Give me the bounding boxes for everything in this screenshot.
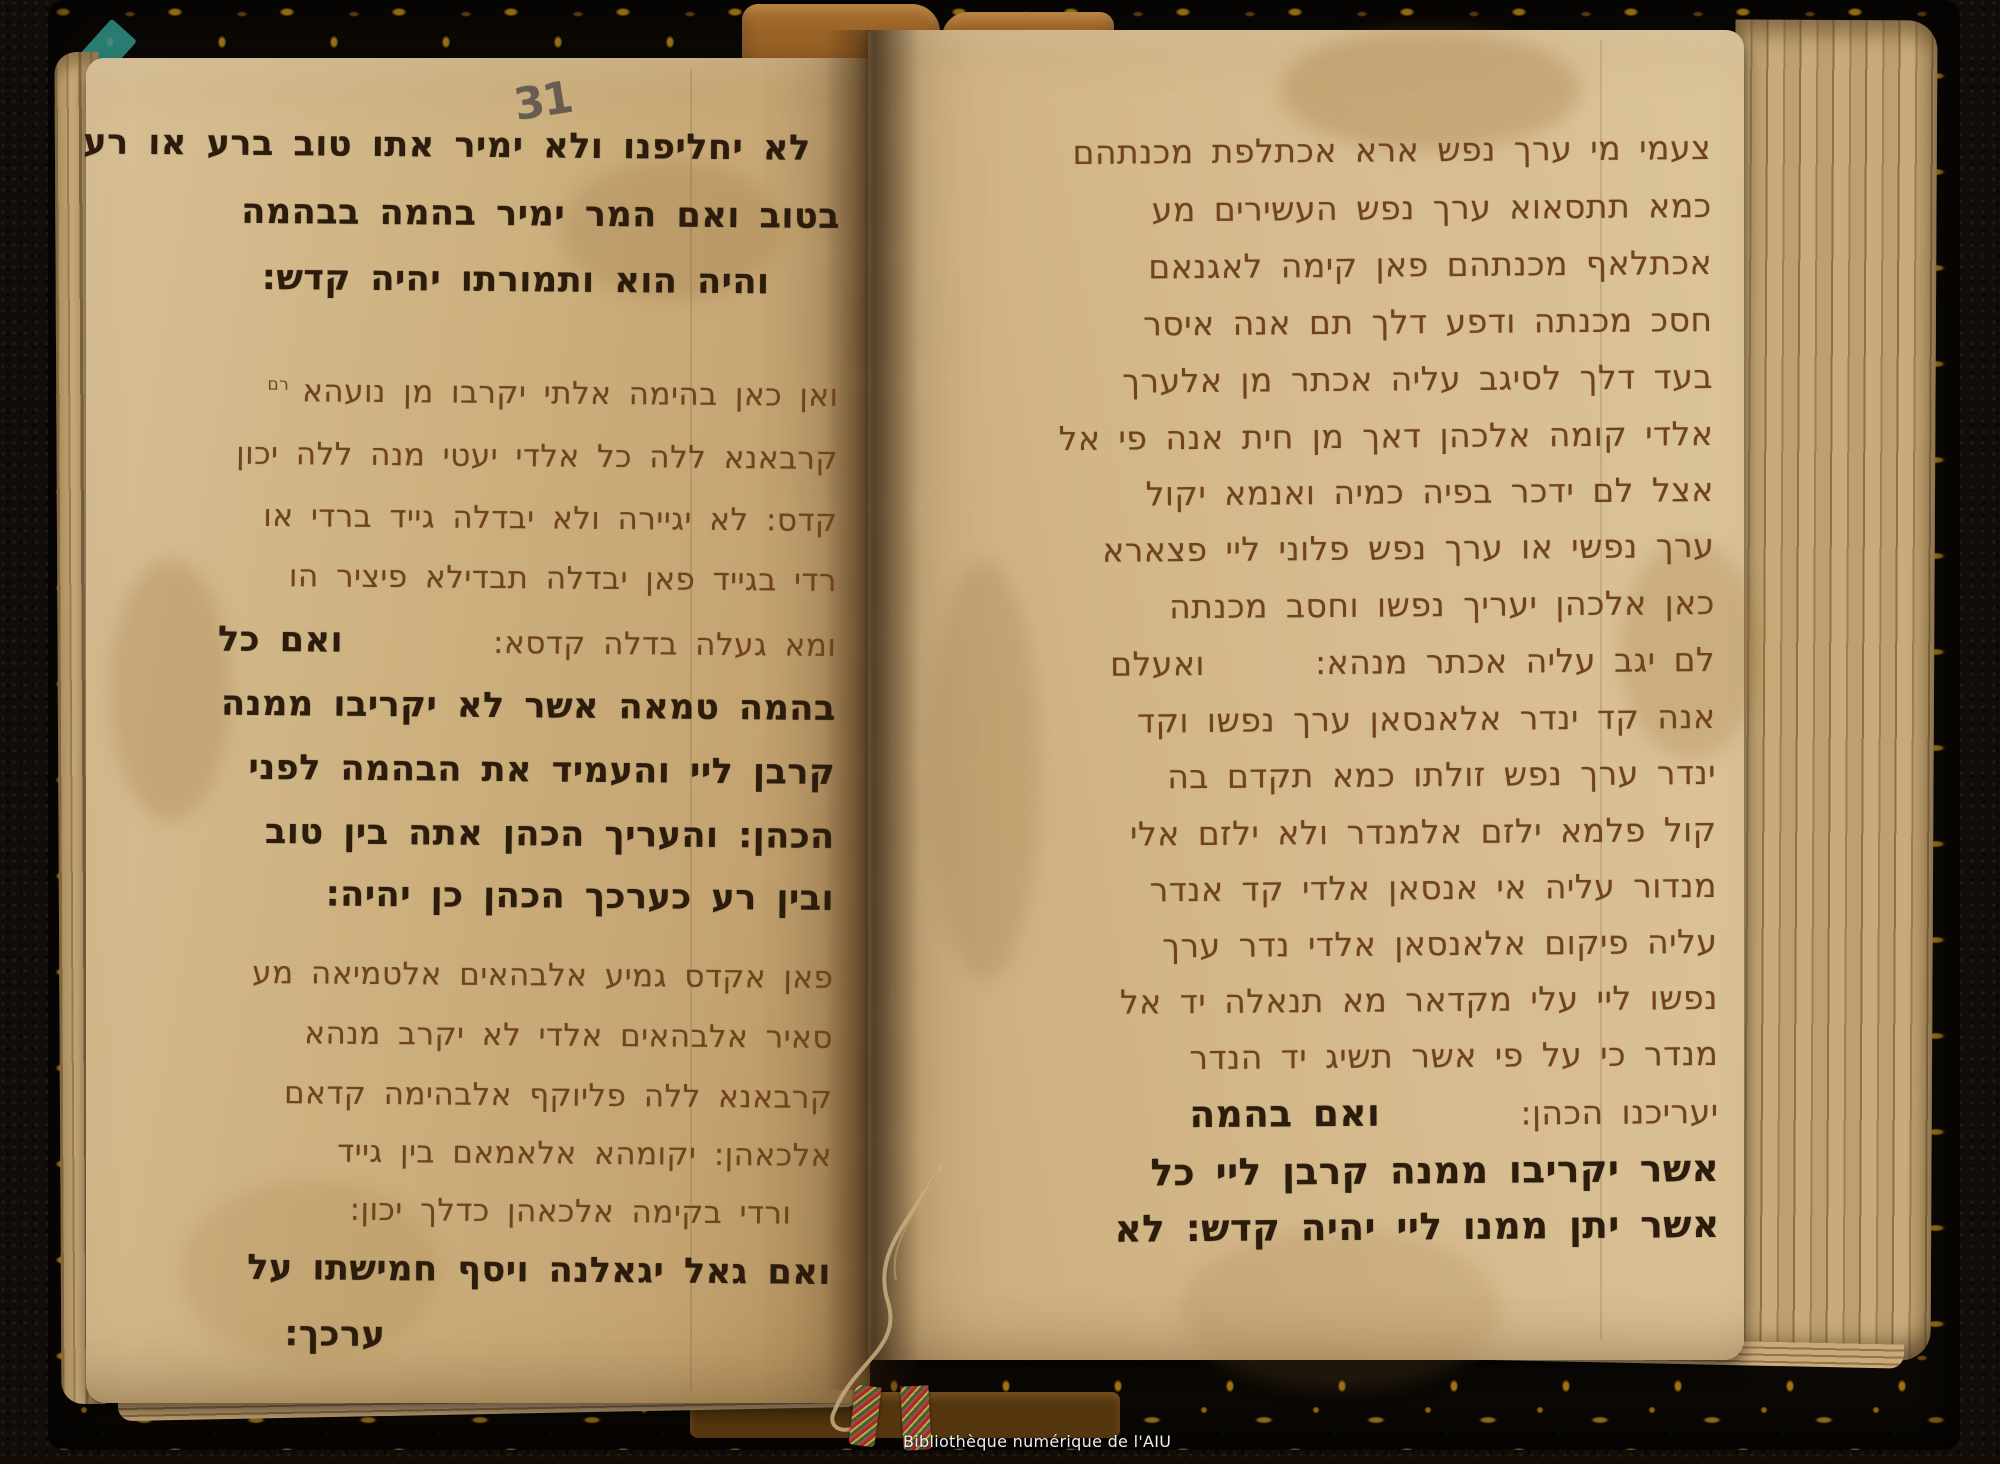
manuscript-text-run: ואם כל bbox=[218, 619, 343, 661]
manuscript-text-run: קרבאנא ללה כל אלדי יעטי מנה ללה יכון bbox=[236, 436, 838, 477]
library-caption: Bibliothèque numérique de l'AIU bbox=[903, 1432, 1171, 1451]
manuscript-text-run: ואם גאל יגאלנה ויסף חמישתו על bbox=[247, 1247, 831, 1293]
manuscript-line: ואם גאל יגאלנה ויסף חמישתו על bbox=[149, 1246, 831, 1293]
manuscript-line: בעד דלך לסיגב עליה אכתר מן אלערך bbox=[1058, 357, 1713, 401]
manuscript-text-run: צעמי מי ערך נפש ארא אכתלפת מכנתהם bbox=[1072, 128, 1711, 172]
manuscript-line: הכהן: והעריך הכהן אתה בין טוב bbox=[153, 810, 835, 857]
manuscript-line: יעריכנו הכהן:ואם בהמה bbox=[1064, 1088, 1719, 1137]
right-page-text-block: צעמי מי ערך נפש ארא אכתלפת מכנתהםכמא תתס… bbox=[1055, 0, 1721, 1464]
manuscript-text-run: אלכאהן: יקומהא אלאמאם בין גייד bbox=[337, 1134, 832, 1174]
manuscript-line: אלכאהן: יקומהא אלאמאם בין גייד bbox=[150, 1132, 832, 1174]
manuscript-text-run: הכהן: והעריך הכהן אתה בין טוב bbox=[265, 811, 835, 857]
manuscript-line: עליה פיקום אלאנסאן אלדי נדר ערך bbox=[1062, 922, 1717, 966]
manuscript-line: קדס: לא יגיירה ולא יבדלה גייד ברדי או bbox=[155, 497, 837, 539]
manuscript-text-run: בטוב ואם המר ימיר בהמה בבהמה bbox=[241, 191, 840, 237]
page-stack-right-edges bbox=[1728, 19, 1937, 1360]
manuscript-text-run: ינדר ערך נפש זולתו כמא תקדם בה bbox=[1167, 753, 1716, 796]
manuscript-text-run: סאיר אלבהאים אלדי לא יקרב מנהא bbox=[304, 1015, 833, 1056]
manuscript-text-run: רדי בגייד פאן יבדלה תבדילא פיציר הו bbox=[289, 558, 837, 599]
manuscript-text-run: מנדור עליה אי אנסאן אלדי קד אנדר bbox=[1150, 866, 1718, 909]
manuscript-line: בטוב ואם המר ימיר בהמה בבהמה bbox=[158, 190, 840, 237]
manuscript-line: רדי בגייד פאן יבדלה תבדילא פיציר הו bbox=[155, 557, 837, 599]
manuscript-text-run: ערכך: bbox=[284, 1313, 385, 1355]
manuscript-line: אנה קד ינדר אלאנסאן ערך נפשו וקד bbox=[1060, 697, 1715, 741]
stain bbox=[930, 560, 1040, 980]
manuscript-line: ואן כאן בהימה אלתי יקרבו מן נועהא רם bbox=[156, 372, 838, 414]
manuscript-text-run: רם bbox=[267, 375, 302, 395]
manuscript-line: חסכ מכנתה ודפע דלך תם אנה איסר bbox=[1057, 300, 1712, 344]
manuscript-line: כמא תתסאוא ערך נפש העשירים מע bbox=[1056, 186, 1711, 230]
manuscript-line: ינדר ערך נפש זולתו כמא תקדם בה bbox=[1061, 753, 1716, 797]
manuscript-line: ערכך: bbox=[148, 1312, 830, 1359]
manuscript-line: מנדר כי על פי אשר תשיג יד הנדר bbox=[1063, 1034, 1718, 1078]
manuscript-text-run: פאן אקדס גמיע אלבהאים אלטמיאה מע bbox=[252, 955, 834, 996]
manuscript-line: סאיר אלבהאים אלדי לא יקרב מנהא bbox=[151, 1014, 833, 1056]
manuscript-text-run: ורדי בקימה אלכאהן כדלך יכון: bbox=[349, 1192, 791, 1232]
manuscript-text-run: עליה פיקום אלאנסאן אלדי נדר ערך bbox=[1162, 922, 1718, 965]
manuscript-line: לא יחליפנו ולא ימיר אתו טוב ברע או רע bbox=[159, 122, 841, 169]
manuscript-line: בהמה טמאה אשר לא יקריבו ממנה bbox=[154, 682, 836, 729]
manuscript-text-run: אשר יקריבו ממנה קרבן ליי כל bbox=[1150, 1146, 1719, 1194]
manuscript-text-run: מנדר כי על פי אשר תשיג יד הנדר bbox=[1189, 1034, 1718, 1077]
manuscript-text-run: נפשו ליי עלי מקדאר מא תנאלה יד אל bbox=[1120, 978, 1718, 1022]
manuscript-text-run: ומא געלה בדלה קדסא: bbox=[493, 625, 837, 664]
manuscript-line: ובין רע כערכך הכהן כן יהיה: bbox=[152, 872, 834, 919]
manuscript-text-run: אשר יתן ממנו ליי יהיה קדש: לא bbox=[1114, 1202, 1719, 1251]
manuscript-text-run: לא יחליפנו ולא ימיר אתו טוב ברע או רע bbox=[83, 121, 811, 168]
manuscript-text-run: בהמה טמאה אשר לא יקריבו ממנה bbox=[221, 683, 836, 729]
manuscript-photo: { "photo": { "caption": "Bibliothèque nu… bbox=[0, 0, 2000, 1464]
manuscript-text-run: קול פלמא ילזם אלמנדר ולא ילזם אלי bbox=[1130, 810, 1717, 854]
manuscript-line: אצל לם ידכר בפיה כמיה ואנמא יקול bbox=[1059, 470, 1714, 514]
manuscript-line: מנדור עליה אי אנסאן אלדי קד אנדר bbox=[1062, 866, 1717, 910]
manuscript-text-run: ערך נפשי או ערך נפש פלוני ליי פצארא bbox=[1102, 526, 1714, 570]
manuscript-text-run: ואם בהמה bbox=[1189, 1091, 1380, 1136]
manuscript-line: צעמי מי ערך נפש ארא אכתלפת מכנתהם bbox=[1056, 128, 1711, 172]
manuscript-text-run: כמא תתסאוא ערך נפש העשירים מע bbox=[1152, 186, 1712, 229]
manuscript-line: קרבאנא ללה פליוקף אלבהימה קדאם bbox=[150, 1074, 832, 1116]
manuscript-text-run: אלדי קומה אלכהן דאך מן חית אנה פי אל bbox=[1058, 414, 1713, 458]
manuscript-text-run: ואן כאן בהימה אלתי יקרבו מן נועהא bbox=[302, 373, 839, 414]
manuscript-line: כאן אלכהן יעריך נפשו וחסב מכנתה bbox=[1060, 583, 1715, 627]
manuscript-text-run: קרבן ליי והעמיד את הבהמה לפני bbox=[248, 747, 835, 793]
manuscript-line: לם יגב עליה אכתר מנהא:ואעלם bbox=[1060, 640, 1715, 684]
manuscript-text-run: יעריכנו הכהן: bbox=[1520, 1092, 1719, 1133]
manuscript-line: אלדי קומה אלכהן דאך מן חית אנה פי אל bbox=[1058, 414, 1713, 458]
manuscript-text-run: אכתלאף מכנתהם פאן קימה לאגנאם bbox=[1148, 243, 1712, 286]
manuscript-line: והיה הוא ותמורתו יהיה קדש: bbox=[157, 256, 839, 303]
manuscript-line: פאן אקדס גמיע אלבהאים אלטמיאה מע bbox=[151, 954, 833, 996]
manuscript-text-run: ובין רע כערכך הכהן כן יהיה: bbox=[326, 874, 835, 919]
manuscript-text-run: אנה קד ינדר אלאנסאן ערך נפשו וקד bbox=[1137, 697, 1716, 741]
line-gap bbox=[1205, 673, 1315, 675]
manuscript-line: קול פלמא ילזם אלמנדר ולא ילזם אלי bbox=[1061, 810, 1716, 854]
manuscript-line: נפשו ליי עלי מקדאר מא תנאלה יד אל bbox=[1063, 978, 1718, 1022]
manuscript-line: אשר יקריבו ממנה קרבן ליי כל bbox=[1064, 1146, 1719, 1195]
manuscript-line: ערך נפשי או ערך נפש פלוני ליי פצארא bbox=[1059, 526, 1714, 570]
manuscript-text-run: והיה הוא ותמורתו יהיה קדש: bbox=[262, 257, 770, 302]
manuscript-text-run: קדס: לא יגיירה ולא יבדלה גייד ברדי או bbox=[263, 498, 837, 539]
manuscript-text-run: כאן אלכהן יעריך נפשו וחסב מכנתה bbox=[1169, 583, 1715, 626]
manuscript-text-run: אצל לם ידכר בפיה כמיה ואנמא יקול bbox=[1146, 470, 1714, 513]
manuscript-line: אכתלאף מכנתהם פאן קימה לאגנאם bbox=[1057, 243, 1712, 287]
manuscript-line: קרבאנא ללה כל אלדי יעטי מנה ללה יכון bbox=[156, 435, 838, 477]
line-gap bbox=[1380, 1124, 1520, 1126]
manuscript-line: קרבן ליי והעמיד את הבהמה לפני bbox=[153, 746, 835, 793]
manuscript-line: ומא געלה בדלה קדסא:ואם כל bbox=[154, 618, 836, 665]
manuscript-line: ורדי בקימה אלכאהן כדלך יכון: bbox=[149, 1190, 831, 1232]
manuscript-text-run: חסכ מכנתה ודפע דלך תם אנה איסר bbox=[1143, 300, 1713, 343]
manuscript-text-run: קרבאנא ללה פליוקף אלבהימה קדאם bbox=[284, 1075, 833, 1116]
left-page-text-block: לא יחליפנו ולא ימיר אתו טוב ברע או רעבטו… bbox=[147, 0, 842, 1464]
manuscript-line: אשר יתן ממנו ליי יהיה קדש: לא bbox=[1064, 1202, 1719, 1251]
line-gap bbox=[343, 651, 493, 653]
manuscript-text-run: לם יגב עליה אכתר מנהא: bbox=[1315, 640, 1716, 682]
manuscript-text-run: ואעלם bbox=[1110, 644, 1205, 684]
manuscript-text-run: בעד דלך לסיגב עליה אכתר מן אלערך bbox=[1122, 357, 1713, 401]
